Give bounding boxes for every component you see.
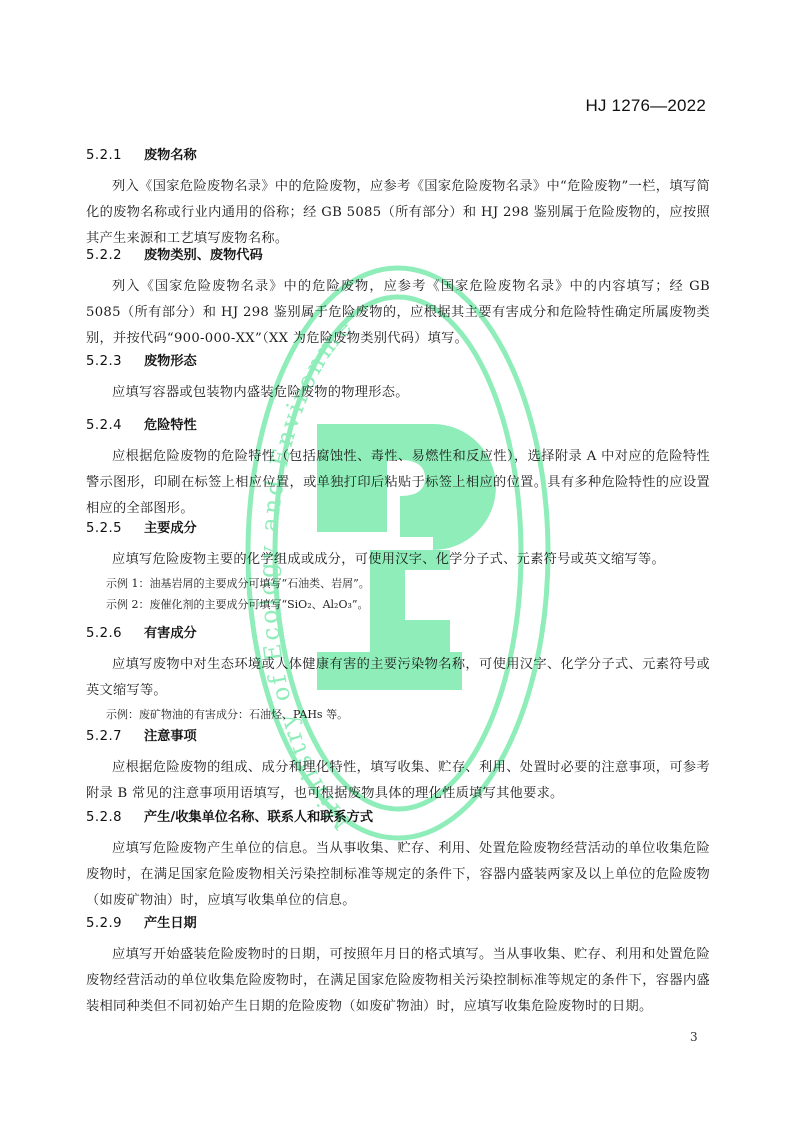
page-number: 3: [690, 1030, 698, 1044]
standard-code: HJ 1276—2022: [585, 96, 706, 116]
section-heading: 5.2.7注意事项: [86, 727, 710, 747]
example-note: 示例 1：油基岩屑的主要成分可填写“石油类、岩屑”。: [86, 573, 710, 594]
section-heading: 5.2.6有害成分: [86, 624, 710, 644]
paragraph: 应填写危险废物主要的化学组成或成分，可使用汉字、化学分子式、元素符号或英文缩写等…: [86, 547, 710, 573]
section-5-2-2: 5.2.2废物类别、废物代码 列入《国家危险废物名录》中的危险废物，应参考《国家…: [86, 246, 710, 352]
example-note: 示例：废矿物油的有害成分：石油烃、PAHs 等。: [86, 704, 710, 725]
paragraph: 应根据危险废物的组成、成分和理化特性，填写收集、贮存、利用、处置时必要的注意事项…: [86, 755, 710, 807]
paragraph: 应填写废物中对生态环境或人体健康有害的主要污染物名称，可使用汉字、化学分子式、元…: [86, 652, 710, 704]
section-5-2-7: 5.2.7注意事项 应根据危险废物的组成、成分和理化特性，填写收集、贮存、利用、…: [86, 727, 710, 807]
section-5-2-6: 5.2.6有害成分 应填写废物中对生态环境或人体健康有害的主要污染物名称，可使用…: [86, 624, 710, 725]
section-5-2-5: 5.2.5主要成分 应填写危险废物主要的化学组成或成分，可使用汉字、化学分子式、…: [86, 519, 710, 615]
section-heading: 5.2.2废物类别、废物代码: [86, 246, 710, 266]
section-heading: 5.2.1废物名称: [86, 146, 710, 166]
paragraph: 应填写容器或包装物内盛装危险废物的物理形态。: [86, 380, 710, 406]
paragraph: 应填写开始盛装危险废物时的日期，可按照年月日的格式填写。当从事收集、贮存、利用和…: [86, 942, 710, 1020]
example-note: 示例 2：废催化剂的主要成分可填写“SiO₂、Al₂O₃”。: [86, 594, 710, 615]
section-heading: 5.2.9产生日期: [86, 914, 710, 934]
section-heading: 5.2.8产生/收集单位名称、联系人和联系方式: [86, 808, 710, 828]
section-heading: 5.2.4危险特性: [86, 416, 710, 436]
paragraph: 应根据危险废物的危险特性（包括腐蚀性、毒性、易燃性和反应性），选择附录 A 中对…: [86, 444, 710, 522]
section-5-2-4: 5.2.4危险特性 应根据危险废物的危险特性（包括腐蚀性、毒性、易燃性和反应性）…: [86, 416, 710, 522]
section-heading: 5.2.5主要成分: [86, 519, 710, 539]
paragraph: 应填写危险废物产生单位的信息。当从事收集、贮存、利用、处置危险废物经营活动的单位…: [86, 836, 710, 914]
paragraph: 列入《国家危险废物名录》中的危险废物，应参考《国家危险废物名录》中的内容填写；经…: [86, 274, 710, 352]
section-5-2-9: 5.2.9产生日期 应填写开始盛装危险废物时的日期，可按照年月日的格式填写。当从…: [86, 914, 710, 1020]
section-5-2-1: 5.2.1废物名称 列入《国家危险废物名录》中的危险废物，应参考《国家危险废物名…: [86, 146, 710, 252]
section-5-2-3: 5.2.3废物形态 应填写容器或包装物内盛装危险废物的物理形态。: [86, 352, 710, 406]
document-page: Ministry of Ecology and Environment HJ 1…: [0, 0, 794, 1123]
paragraph: 列入《国家危险废物名录》中的危险废物，应参考《国家危险废物名录》中“危险废物”一…: [86, 174, 710, 252]
section-heading: 5.2.3废物形态: [86, 352, 710, 372]
section-5-2-8: 5.2.8产生/收集单位名称、联系人和联系方式 应填写危险废物产生单位的信息。当…: [86, 808, 710, 914]
